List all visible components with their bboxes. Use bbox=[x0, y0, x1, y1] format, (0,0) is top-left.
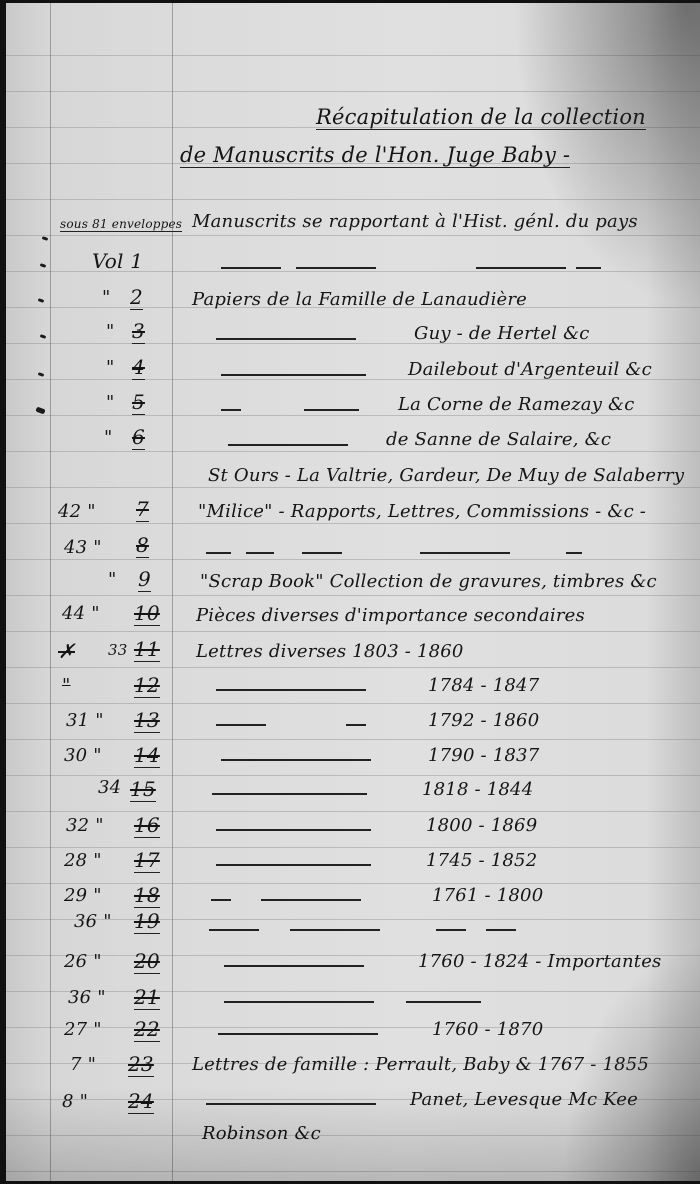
left-number: " bbox=[104, 427, 112, 448]
row-description: La Corne de Ramezay &c bbox=[398, 394, 635, 415]
table-row: 32 " 16 1800 - 1869 bbox=[6, 811, 700, 845]
table-row: 42 " 7 "Milice" - Rapports, Lettres, Com… bbox=[6, 495, 700, 529]
table-row: 31 " 13 1792 - 1860 bbox=[6, 706, 700, 740]
volume-number: 16 bbox=[134, 813, 160, 838]
table-row: ✗ 33 11 Lettres diverses 1803 - 1860 bbox=[6, 635, 700, 669]
ditto-mark bbox=[206, 1103, 376, 1105]
left-number: " bbox=[102, 287, 110, 308]
left-number: " bbox=[108, 569, 116, 590]
volume-number: 17 bbox=[134, 848, 160, 873]
row-description: Dailebout d'Argenteuil &c bbox=[408, 359, 652, 380]
row-description: Lettres diverses 1803 - 1860 bbox=[196, 641, 464, 662]
row-description: 1760 - 1824 - Importantes bbox=[418, 951, 662, 972]
volume-number: 5 bbox=[132, 390, 145, 415]
table-row: 26 " 20 1760 - 1824 - Importantes bbox=[6, 947, 700, 981]
volume-number: 19 bbox=[134, 909, 160, 934]
volume-number: 23 bbox=[128, 1052, 154, 1077]
volume-number: 6 bbox=[132, 425, 145, 450]
volume-number: 24 bbox=[128, 1089, 154, 1114]
row-description: 1818 - 1844 bbox=[422, 779, 533, 800]
ditto-mark bbox=[218, 1033, 378, 1035]
ditto-mark bbox=[302, 552, 342, 554]
left-number: " bbox=[106, 321, 114, 342]
volume-number: 7 bbox=[136, 497, 149, 522]
ditto-mark bbox=[296, 267, 376, 269]
table-row: 34 15 1818 - 1844 bbox=[6, 775, 700, 809]
row-description: 1761 - 1800 bbox=[432, 885, 543, 906]
ditto-mark bbox=[246, 552, 274, 554]
volume-number: 11 bbox=[134, 637, 160, 662]
row-description: 1784 - 1847 bbox=[428, 675, 539, 696]
volume-number: 13 bbox=[134, 708, 160, 733]
left-number: 43 " bbox=[64, 537, 102, 558]
table-row: 43 " 8 bbox=[6, 531, 700, 565]
ditto-mark bbox=[261, 899, 361, 901]
row-description: de Sanne de Salaire, &c bbox=[386, 429, 611, 450]
ditto-mark bbox=[221, 759, 371, 761]
row-description: "Milice" - Rapports, Lettres, Commission… bbox=[198, 501, 646, 522]
left-number: 31 " bbox=[66, 710, 104, 731]
table-row: 7 " 23 Lettres de famille : Perrault, Ba… bbox=[6, 1050, 700, 1084]
left-number: 28 " bbox=[64, 850, 102, 871]
volume-number: 10 bbox=[134, 601, 160, 626]
header-description: Manuscrits se rapportant à l'Hist. génl.… bbox=[192, 211, 638, 232]
volume-number: 18 bbox=[134, 883, 160, 908]
left-number: 36 " bbox=[68, 987, 106, 1008]
ditto-mark bbox=[216, 338, 356, 340]
left-number: 27 " bbox=[64, 1019, 102, 1040]
volume-number: 8 bbox=[136, 533, 149, 558]
table-row: 36 " 21 bbox=[6, 983, 700, 1017]
ditto-mark bbox=[566, 552, 582, 554]
row-description: Robinson &c bbox=[202, 1123, 321, 1144]
left-number: 32 " bbox=[66, 815, 104, 836]
volume-number: 20 bbox=[134, 949, 160, 974]
table-row: 27 " 22 1760 - 1870 bbox=[6, 1015, 700, 1049]
row-description: 1745 - 1852 bbox=[426, 850, 537, 871]
volume-number: 15 bbox=[130, 777, 156, 802]
ditto-mark bbox=[228, 444, 348, 446]
row-description: Papiers de la Famille de Lanaudière bbox=[192, 289, 527, 310]
table-row: 44 " 10 Pièces diverses d'importance sec… bbox=[6, 599, 700, 633]
ditto-mark bbox=[576, 267, 601, 269]
table-row: " 9 "Scrap Book" Collection de gravures,… bbox=[6, 565, 700, 599]
row-description: 1792 - 1860 bbox=[428, 710, 539, 731]
ditto-mark bbox=[212, 793, 367, 795]
title-line-1: Récapitulation de la collection bbox=[316, 105, 646, 130]
row-description: "Scrap Book" Collection de gravures, tim… bbox=[200, 571, 657, 592]
ditto-mark bbox=[290, 929, 380, 931]
volume-number: 12 bbox=[134, 673, 160, 698]
volume-number: 4 bbox=[132, 355, 145, 380]
row-description: 1760 - 1870 bbox=[432, 1019, 543, 1040]
table-row: Vol 1 bbox=[6, 247, 700, 281]
left-number-struck: ✗ bbox=[58, 639, 75, 663]
ditto-mark bbox=[221, 267, 281, 269]
ditto-mark bbox=[476, 267, 566, 269]
ditto-mark bbox=[420, 552, 510, 554]
ditto-mark bbox=[206, 552, 231, 554]
left-number: 29 " bbox=[64, 885, 102, 906]
manuscript-page: Récapitulation de la collection de Manus… bbox=[6, 3, 700, 1181]
ditto-mark bbox=[221, 374, 366, 376]
left-number: " bbox=[62, 675, 70, 696]
left-number: 30 " bbox=[64, 745, 102, 766]
left-number: 34 bbox=[98, 777, 121, 798]
ditto-mark bbox=[304, 409, 359, 411]
ditto-mark bbox=[216, 829, 371, 831]
table-row: 28 " 17 1745 - 1852 bbox=[6, 846, 700, 880]
volume-number: 3 bbox=[132, 319, 145, 344]
table-row: Robinson &c bbox=[6, 1119, 700, 1153]
ditto-mark bbox=[221, 409, 241, 411]
table-row: " 12 1784 - 1847 bbox=[6, 671, 700, 705]
table-row: " 2 Papiers de la Famille de Lanaudière bbox=[6, 283, 700, 317]
left-number: 33 bbox=[108, 641, 128, 659]
ditto-mark bbox=[224, 965, 364, 967]
volume-number: 9 bbox=[138, 567, 151, 592]
volume-number: Vol 1 bbox=[92, 249, 143, 273]
ditto-mark bbox=[209, 929, 259, 931]
volume-number: 14 bbox=[134, 743, 160, 768]
ditto-mark bbox=[486, 929, 516, 931]
ditto-mark bbox=[211, 899, 231, 901]
left-number: 36 " bbox=[74, 911, 112, 932]
table-row: " 5 La Corne de Ramezay &c bbox=[6, 388, 700, 422]
table-row: 30 " 14 1790 - 1837 bbox=[6, 741, 700, 775]
ditto-mark bbox=[224, 1001, 374, 1003]
row-description: 1800 - 1869 bbox=[426, 815, 537, 836]
table-row: " 4 Dailebout d'Argenteuil &c bbox=[6, 353, 700, 387]
title-line-2: de Manuscrits de l'Hon. Juge Baby - bbox=[180, 143, 570, 168]
ditto-mark bbox=[436, 929, 466, 931]
left-number: " bbox=[106, 357, 114, 378]
ditto-mark bbox=[406, 1001, 481, 1003]
ditto-mark bbox=[216, 689, 366, 691]
ditto-mark bbox=[216, 864, 371, 866]
left-number: " bbox=[106, 392, 114, 413]
volume-number: 21 bbox=[134, 985, 160, 1010]
left-number: 8 " bbox=[62, 1091, 88, 1112]
table-row: " 6 de Sanne de Salaire, &c bbox=[6, 423, 700, 457]
table-row: 36 " 19 bbox=[6, 907, 700, 941]
ditto-mark bbox=[346, 724, 366, 726]
table-row: St Ours - La Valtrie, Gardeur, De Muy de… bbox=[6, 459, 700, 493]
table-row: 8 " 24 Panet, Levesque Mc Kee bbox=[6, 1087, 700, 1121]
table-row: " 3 Guy - de Hertel &c bbox=[6, 317, 700, 351]
volume-number: 22 bbox=[134, 1017, 160, 1042]
row-description: Panet, Levesque Mc Kee bbox=[410, 1089, 638, 1110]
left-number: 44 " bbox=[62, 603, 100, 624]
row-description: 1790 - 1837 bbox=[428, 745, 539, 766]
row-description: St Ours - La Valtrie, Gardeur, De Muy de… bbox=[208, 465, 684, 486]
row-description: Pièces diverses d'importance secondaires bbox=[196, 605, 585, 626]
left-number: 26 " bbox=[64, 951, 102, 972]
row-description: Guy - de Hertel &c bbox=[414, 323, 590, 344]
volume-number: 2 bbox=[130, 285, 143, 310]
left-number: 7 " bbox=[70, 1054, 96, 1075]
ditto-mark bbox=[216, 724, 266, 726]
header-left-note: sous 81 enveloppes bbox=[60, 217, 182, 232]
left-number: 42 " bbox=[58, 501, 96, 522]
row-description: Lettres de famille : Perrault, Baby & 17… bbox=[192, 1054, 649, 1075]
